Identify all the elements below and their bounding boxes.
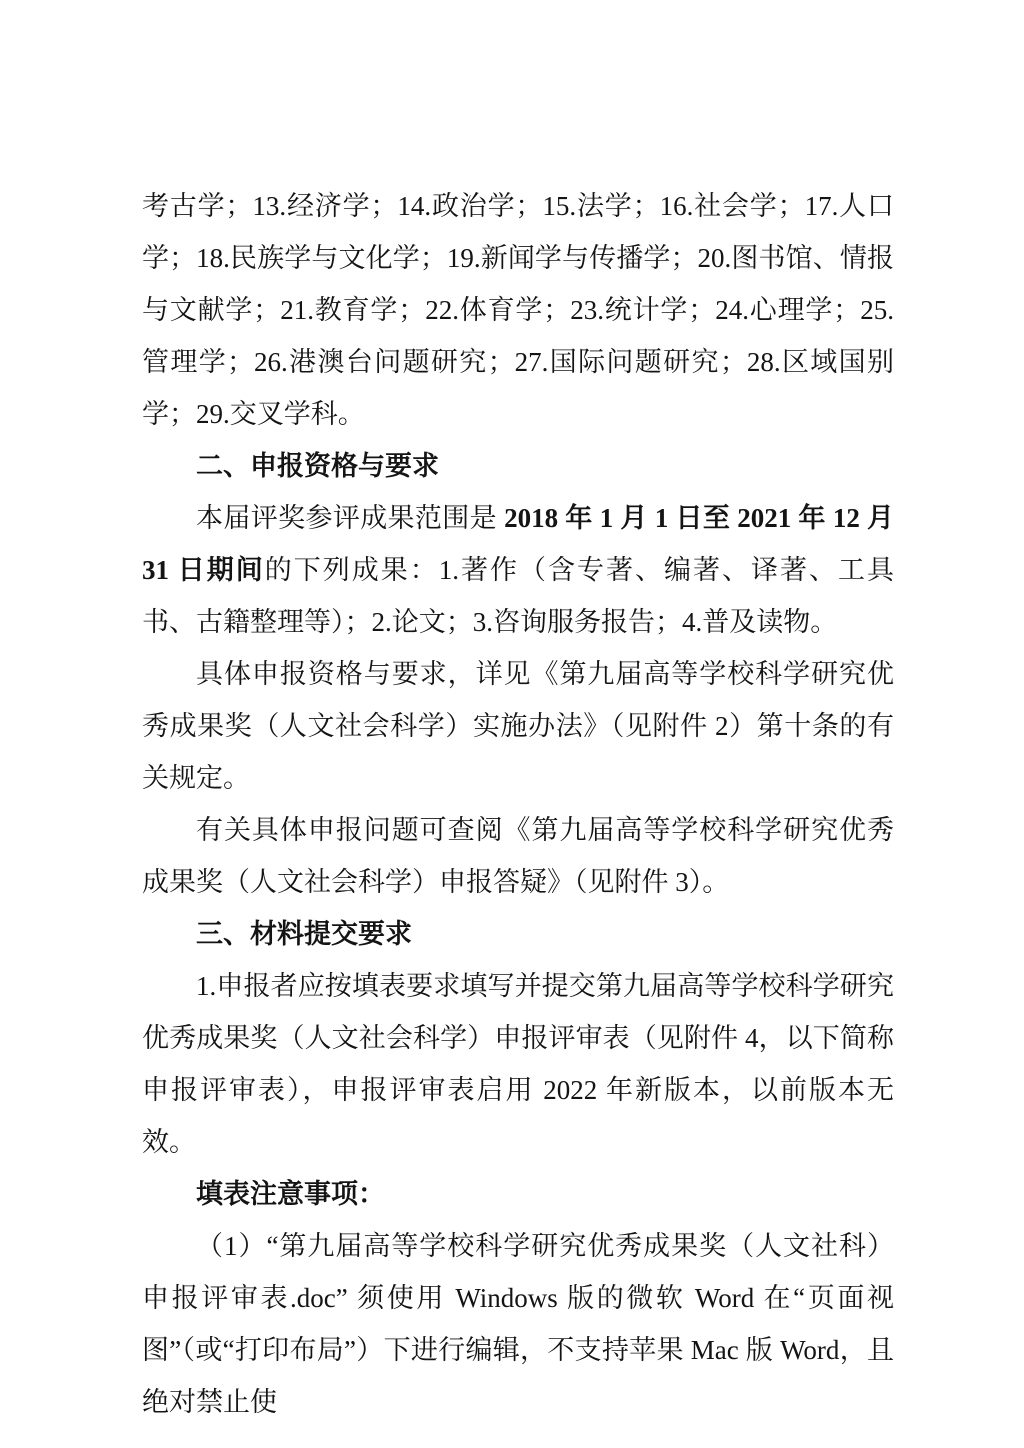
text-run: 考古学；13.经济学；14.政治学；15.法学；16.社会学；17.人口学；18… [142, 191, 894, 429]
paragraph: 1.申报者应按填表要求填写并提交第九届高等学校科学研究优秀成果奖（人文社会科学）… [142, 960, 894, 1168]
text-run: 本届评奖参评成果范围是 [196, 503, 504, 533]
text-run: 1.申报者应按填表要求填写并提交第九届高等学校科学研究优秀成果奖（人文社会科学）… [142, 971, 894, 1157]
text-run: 具体申报资格与要求，详见《第九届高等学校科学研究优秀成果奖（人文社会科学）实施办… [142, 659, 894, 793]
document-body: 考古学；13.经济学；14.政治学；15.法学；16.社会学；17.人口学；18… [142, 180, 894, 1428]
paragraph: 本届评奖参评成果范围是 2018 年 1 月 1 日至 2021 年 12 月 … [142, 492, 894, 648]
section-heading: 三、材料提交要求 [142, 908, 894, 960]
document-page: 考古学；13.经济学；14.政治学；15.法学；16.社会学；17.人口学；18… [0, 0, 1024, 1448]
text-run: 有关具体申报问题可查阅《第九届高等学校科学研究优秀成果奖（人文社会科学）申报答疑… [142, 815, 894, 897]
bold-text-run: 二、申报资格与要求 [196, 451, 439, 481]
text-run: （1）“第九届高等学校科学研究优秀成果奖（人文社科）申报评审表.doc” 须使用… [142, 1231, 894, 1417]
section-heading: 二、申报资格与要求 [142, 440, 894, 492]
paragraph: （1）“第九届高等学校科学研究优秀成果奖（人文社科）申报评审表.doc” 须使用… [142, 1220, 894, 1428]
paragraph: 考古学；13.经济学；14.政治学；15.法学；16.社会学；17.人口学；18… [142, 180, 894, 440]
bold-text-run: 填表注意事项： [196, 1179, 385, 1209]
paragraph: 有关具体申报问题可查阅《第九届高等学校科学研究优秀成果奖（人文社会科学）申报答疑… [142, 804, 894, 908]
bold-text-run: 三、材料提交要求 [196, 919, 412, 949]
paragraph: 具体申报资格与要求，详见《第九届高等学校科学研究优秀成果奖（人文社会科学）实施办… [142, 648, 894, 804]
section-heading: 填表注意事项： [142, 1168, 894, 1220]
